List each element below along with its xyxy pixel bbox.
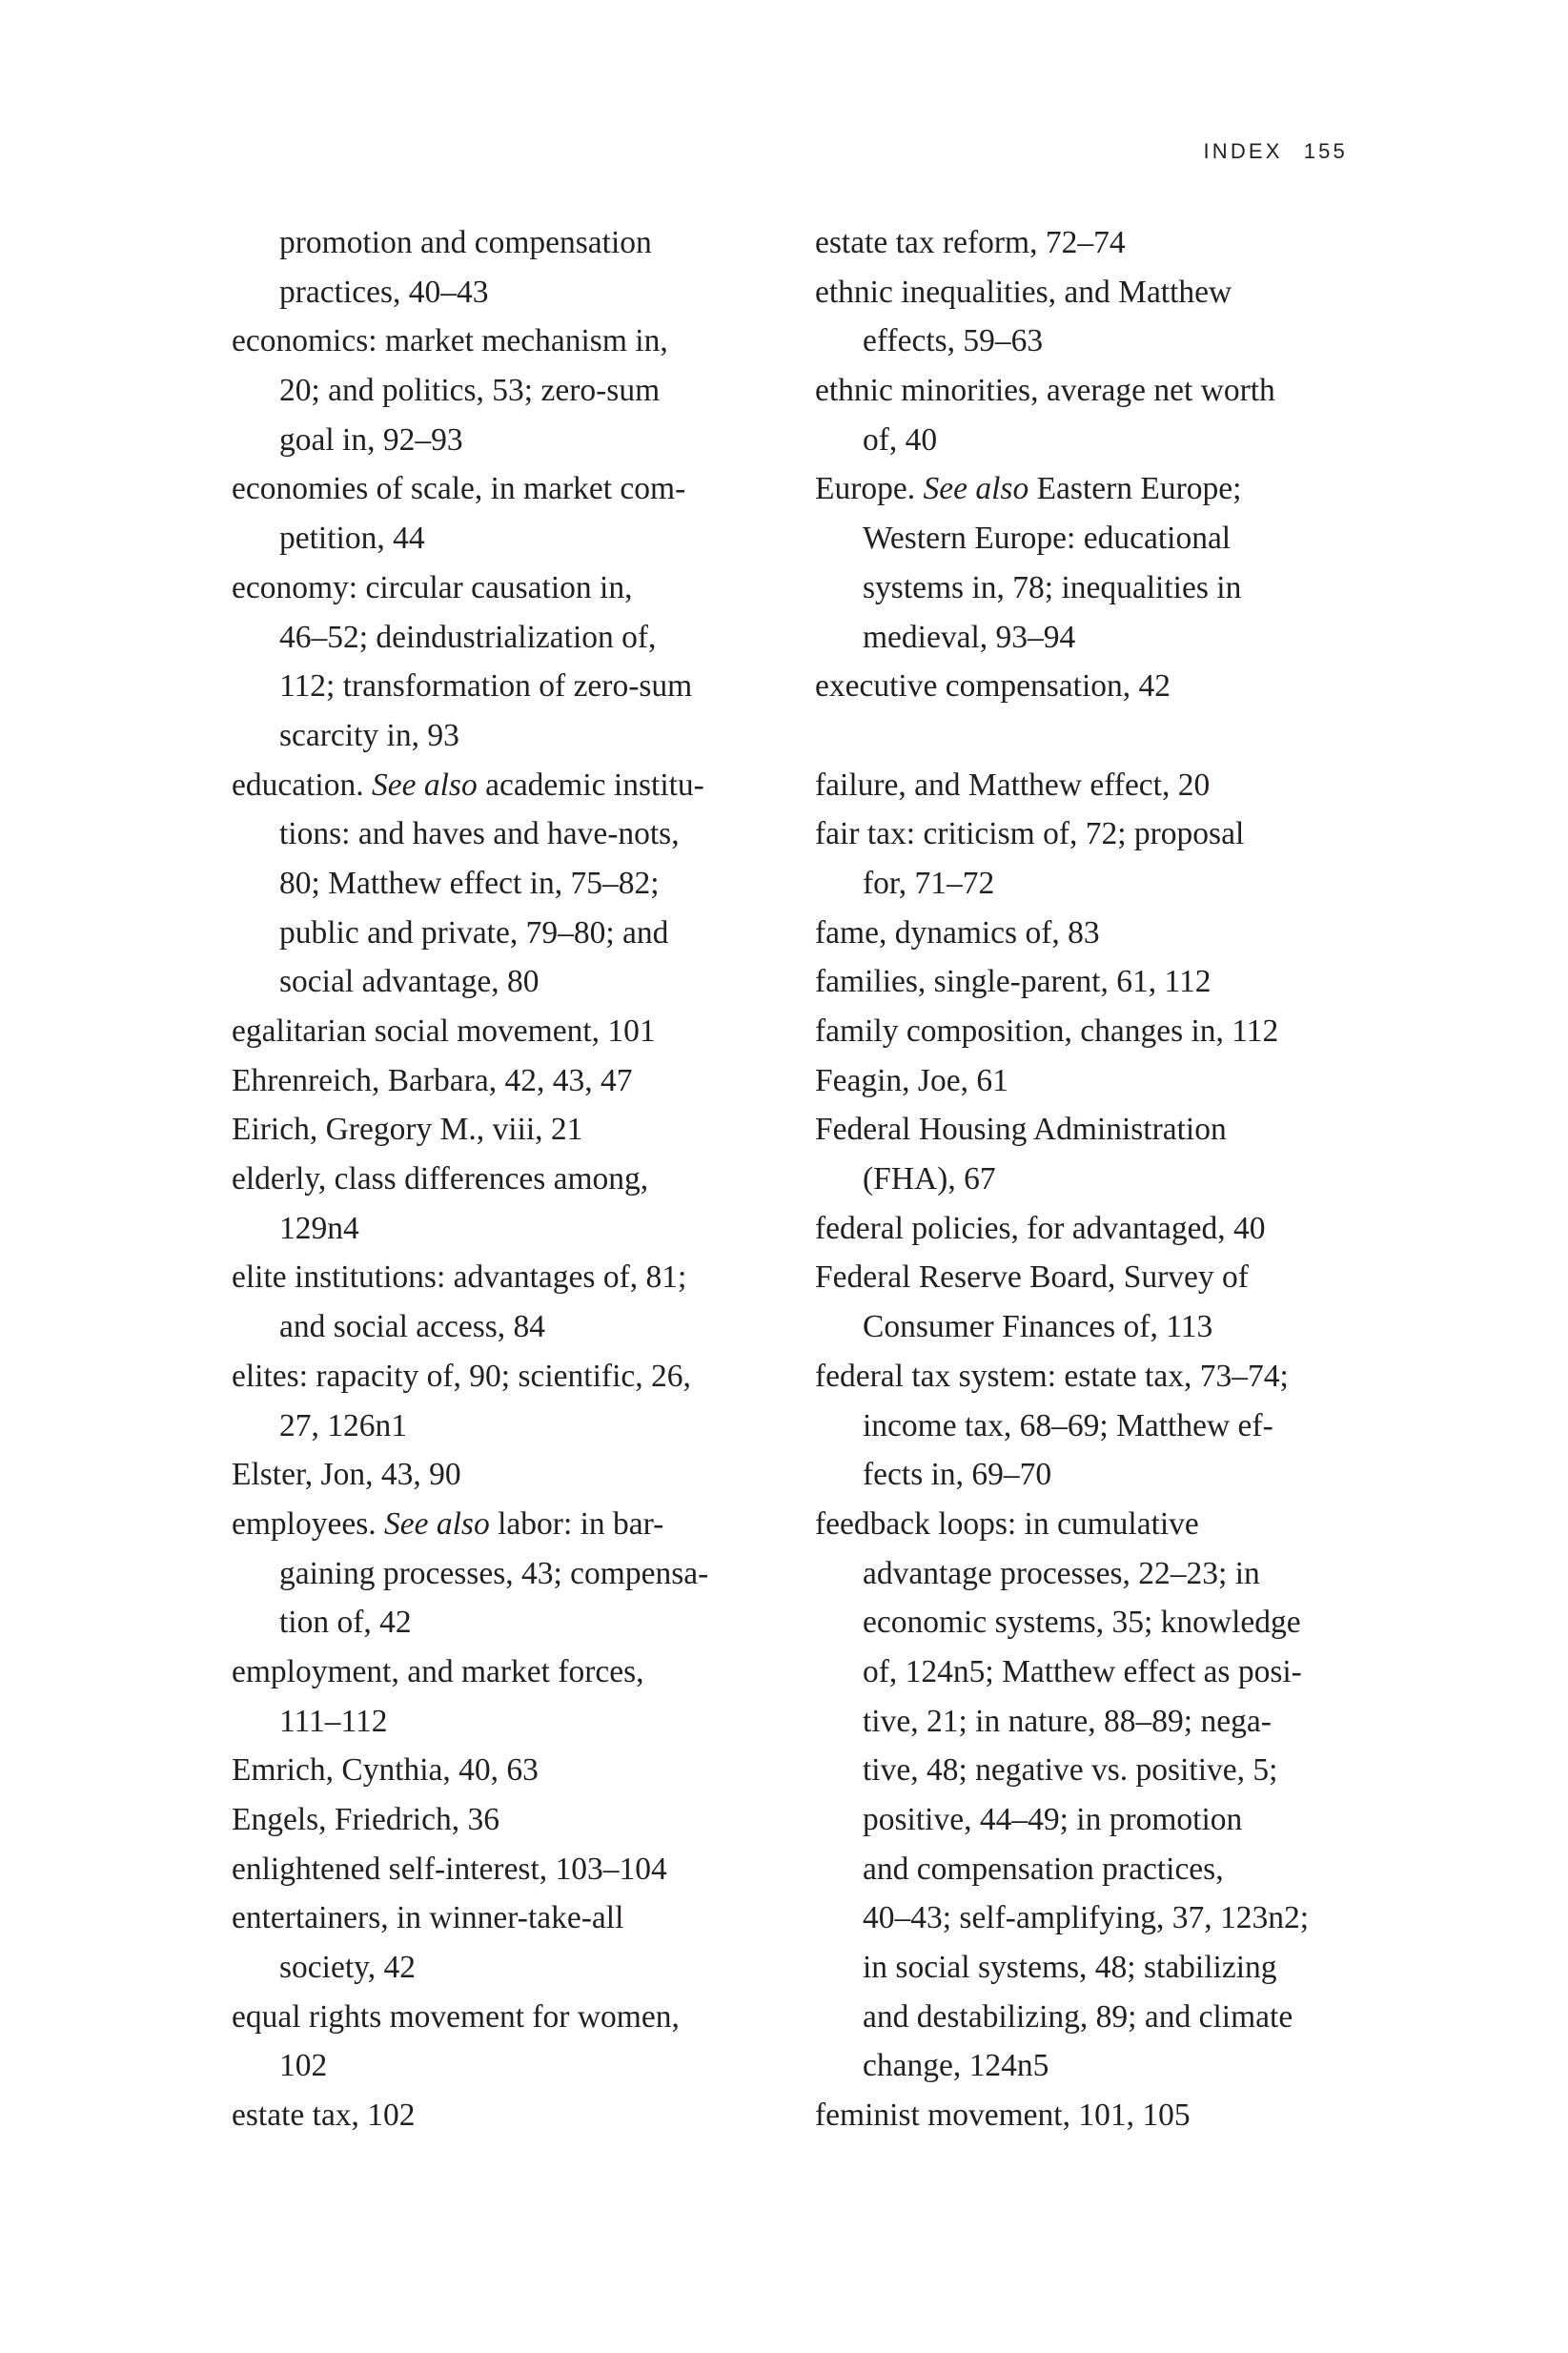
index-entry-line: entertainers, in winner-take-all — [232, 1893, 765, 1943]
index-subline: positive, 44–49; in promotion — [815, 1795, 1349, 1845]
index-subline: tive, 21; in nature, 88–89; nega- — [815, 1697, 1349, 1747]
index-subline: 27, 126n1 — [232, 1402, 765, 1451]
index-subline: Consumer Finances of, 113 — [815, 1302, 1349, 1352]
index-entry-line: ethnic minorities, average net worth — [815, 366, 1349, 416]
index-subline: public and private, 79–80; and — [232, 909, 765, 958]
index-subline: fects in, 69–70 — [815, 1450, 1349, 1500]
index-subline: change, 124n5 — [815, 2041, 1349, 2091]
index-entry-line: elite institutions: advantages of, 81; — [232, 1253, 765, 1302]
index-subline: and social access, 84 — [232, 1302, 765, 1352]
index-subline: economic systems, 35; knowledge — [815, 1598, 1349, 1647]
index-subline: of, 124n5; Matthew effect as posi- — [815, 1647, 1349, 1697]
index-subline: and destabilizing, 89; and climate — [815, 1993, 1349, 2042]
index-entry-line: Engels, Friedrich, 36 — [232, 1795, 765, 1845]
index-subline: social advantage, 80 — [232, 957, 765, 1007]
index-subline: of, 40 — [815, 416, 1349, 465]
index-subline: advantage processes, 22–23; in — [815, 1549, 1349, 1599]
index-subline: (FHA), 67 — [815, 1155, 1349, 1204]
index-entry-line: employees. See also labor: in bar- — [232, 1500, 765, 1549]
index-entry-line: fame, dynamics of, 83 — [815, 909, 1349, 958]
index-subline: 46–52; deindustrialization of, — [232, 613, 765, 663]
see-also-label: See also — [384, 1506, 490, 1542]
index-entry-line: economics: market mechanism in, — [232, 317, 765, 366]
index-section-gap — [815, 711, 1349, 761]
see-also-label: See also — [372, 767, 478, 803]
index-entry-line: family composition, changes in, 112 — [815, 1007, 1349, 1056]
index-entry-line: employment, and market forces, — [232, 1647, 765, 1697]
index-entry-line: economy: circular causation in, — [232, 563, 765, 613]
index-entry-line: education. See also academic institu- — [232, 761, 765, 810]
index-subline: tions: and haves and have-nots, — [232, 809, 765, 859]
index-entry-line: failure, and Matthew effect, 20 — [815, 761, 1349, 810]
index-entry-line: Elster, Jon, 43, 90 — [232, 1450, 765, 1500]
index-entry-line: federal policies, for advantaged, 40 — [815, 1204, 1349, 1254]
index-entry-line: Europe. See also Eastern Europe; — [815, 464, 1349, 514]
index-entry-line: elderly, class differences among, — [232, 1155, 765, 1204]
index-entry-line: estate tax, 102 — [232, 2091, 765, 2140]
index-subline: tion of, 42 — [232, 1598, 765, 1647]
index-entry-line: Eirich, Gregory M., viii, 21 — [232, 1105, 765, 1155]
index-entry-text: labor: in bar- — [490, 1506, 664, 1542]
index-subline: 111–112 — [232, 1697, 765, 1747]
index-entry-line: feminist movement, 101, 105 — [815, 2091, 1349, 2140]
index-entry-line: Emrich, Cynthia, 40, 63 — [232, 1746, 765, 1795]
index-entry-line: executive compensation, 42 — [815, 662, 1349, 711]
index-entry-heading: employees. — [232, 1506, 384, 1542]
index-entry-text: academic institu- — [478, 767, 704, 803]
index-subline: 80; Matthew effect in, 75–82; — [232, 859, 765, 909]
index-entry-line: elites: rapacity of, 90; scientific, 26, — [232, 1352, 765, 1402]
index-subline: practices, 40–43 — [232, 268, 765, 317]
index-column-left: promotion and compensationpractices, 40–… — [232, 218, 765, 2140]
index-entry-line: Ehrenreich, Barbara, 42, 43, 47 — [232, 1056, 765, 1106]
see-also-label: See also — [924, 471, 1029, 506]
index-subline: 129n4 — [232, 1204, 765, 1254]
index-column-right: estate tax reform, 72–74ethnic inequalit… — [815, 218, 1349, 2140]
index-subline: 102 — [232, 2041, 765, 2091]
index-subline: Western Europe: educational — [815, 514, 1349, 563]
index-entry-text: Eastern Europe; — [1028, 471, 1241, 506]
index-entry-line: enlightened self-interest, 103–104 — [232, 1845, 765, 1894]
index-subline: petition, 44 — [232, 514, 765, 563]
running-head-section: INDEX — [1203, 139, 1282, 163]
index-entry-line: equal rights movement for women, — [232, 1993, 765, 2042]
index-subline: scarcity in, 93 — [232, 711, 765, 761]
index-subline: effects, 59–63 — [815, 317, 1349, 366]
index-entry-heading: Europe. — [815, 471, 924, 506]
page-number: 155 — [1304, 139, 1348, 163]
index-subline: income tax, 68–69; Matthew ef- — [815, 1402, 1349, 1451]
index-subline: in social systems, 48; stabilizing — [815, 1943, 1349, 1993]
index-subline: goal in, 92–93 — [232, 416, 765, 465]
index-entry-line: Federal Housing Administration — [815, 1105, 1349, 1155]
index-subline: society, 42 — [232, 1943, 765, 1993]
index-entry-heading: education. — [232, 767, 372, 803]
index-subline: medieval, 93–94 — [815, 613, 1349, 663]
index-entry-line: egalitarian social movement, 101 — [232, 1007, 765, 1056]
index-subline: for, 71–72 — [815, 859, 1349, 909]
running-head: INDEX155 — [1096, 139, 1348, 164]
index-subline: 40–43; self-amplifying, 37, 123n2; — [815, 1893, 1349, 1943]
index-entry-line: economies of scale, in market com- — [232, 464, 765, 514]
index-subline: tive, 48; negative vs. positive, 5; — [815, 1746, 1349, 1795]
index-subline: gaining processes, 43; compensa- — [232, 1549, 765, 1599]
index-entry-line: families, single-parent, 61, 112 — [815, 957, 1349, 1007]
index-subline: 112; transformation of zero-sum — [232, 662, 765, 711]
index-entry-line: fair tax: criticism of, 72; proposal — [815, 809, 1349, 859]
index-entry-line: estate tax reform, 72–74 — [815, 218, 1349, 268]
index-entry-line: Federal Reserve Board, Survey of — [815, 1253, 1349, 1302]
index-entry-line: ethnic inequalities, and Matthew — [815, 268, 1349, 317]
index-subline: systems in, 78; inequalities in — [815, 563, 1349, 613]
index-entry-line: Feagin, Joe, 61 — [815, 1056, 1349, 1106]
index-subline: promotion and compensation — [232, 218, 765, 268]
index-subline: and compensation practices, — [815, 1845, 1349, 1894]
index-entry-line: feedback loops: in cumulative — [815, 1500, 1349, 1549]
index-subline: 20; and politics, 53; zero-sum — [232, 366, 765, 416]
index-entry-line: federal tax system: estate tax, 73–74; — [815, 1352, 1349, 1402]
